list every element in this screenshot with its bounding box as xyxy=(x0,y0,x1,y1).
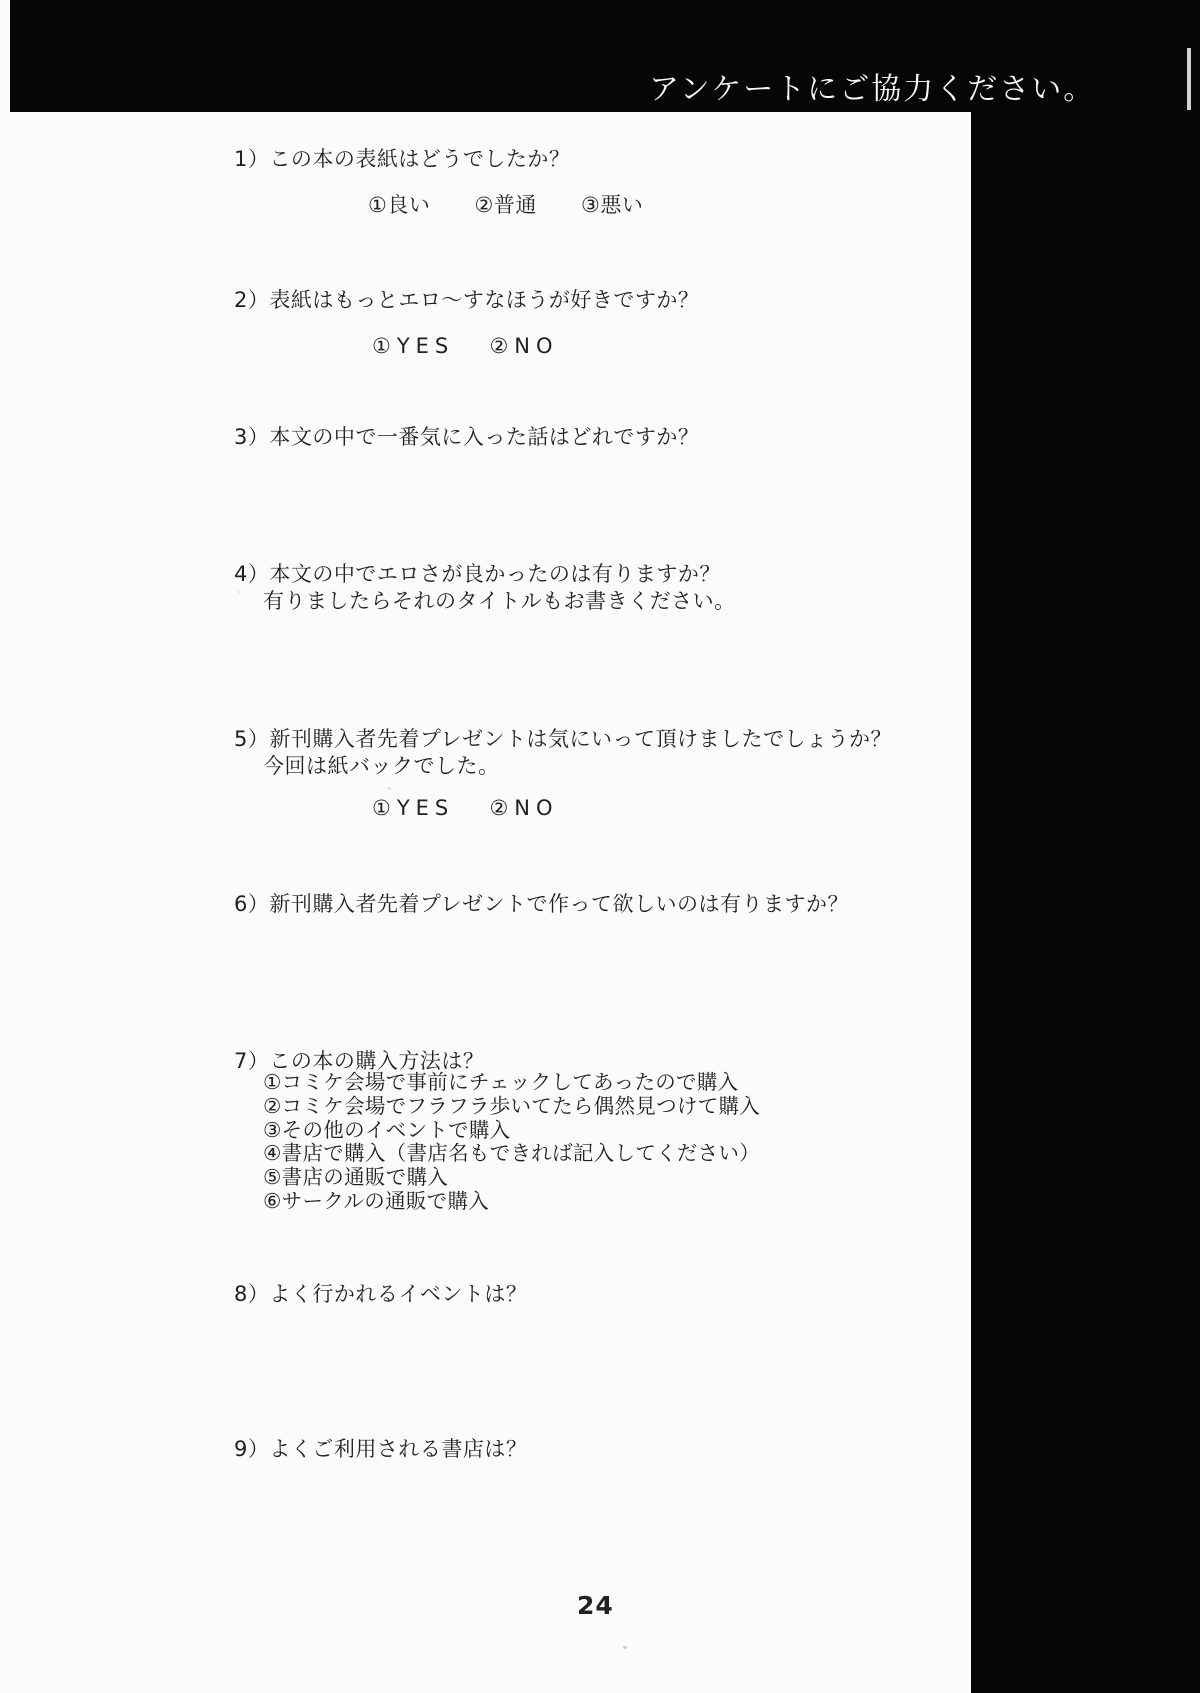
question-6-text: 6）新刊購入者先着プレゼントで作って欲しいのは有りますか？ xyxy=(234,891,849,918)
question-1-option-1: ①良い xyxy=(368,193,430,217)
question-7-option-1: ①コミケ会場で事前にチェックしてあったので購入 xyxy=(263,1071,760,1095)
question-7-option-3: ③その他のイベントで購入 xyxy=(263,1119,760,1143)
question-7-option-2: ②コミケ会場でフラフラ歩いてたら偶然見つけて購入 xyxy=(263,1095,760,1119)
question-2-option-2: ②NO xyxy=(489,334,558,358)
survey-header-title: アンケートにご協力ください。 xyxy=(649,64,1095,108)
question-8-text: 8）よく行かれるイベントは？ xyxy=(234,1281,527,1308)
page-number: 24 xyxy=(577,1591,614,1620)
right-black-band xyxy=(971,0,1200,1693)
question-1-text: 1）この本の表紙はどうでしたか？ xyxy=(234,146,570,173)
question-1-option-2: ②普通 xyxy=(475,193,537,217)
question-5-options: ①YES ②NO xyxy=(372,796,587,820)
question-7-option-4: ④書店で購入（書店名もできれば記入してください） xyxy=(263,1142,760,1166)
question-5-subtext: 今回は紙バックでした。 xyxy=(234,753,892,780)
question-5-text: 5）新刊購入者先着プレゼントは気にいって頂けましたでしょうか？ xyxy=(234,726,892,753)
question-2-options: ①YES ②NO xyxy=(372,334,587,358)
question-4-subtext: 有りましたらそれのタイトルもお書きください。 xyxy=(234,588,736,615)
question-7-option-6: ⑥サークルの通販で購入 xyxy=(263,1190,760,1214)
question-9-text: 9）よくご利用される書店は？ xyxy=(234,1436,527,1463)
question-2-option-1: ①YES xyxy=(372,334,454,358)
question-5-option-1: ①YES xyxy=(372,796,454,820)
question-5-option-2: ②NO xyxy=(489,796,558,820)
question-1-option-3: ③悪い xyxy=(581,193,643,217)
question-1-options: ①良い ②普通 ③悪い xyxy=(368,189,680,219)
question-3-text: 3）本文の中で一番気に入った話はどれですか？ xyxy=(234,424,699,451)
question-2-text: 2）表紙はもっとエロ～すなほうが好きですか？ xyxy=(234,287,699,314)
question-7-options: ①コミケ会場で事前にチェックしてあったので購入 ②コミケ会場でフラフラ歩いてたら… xyxy=(263,1071,760,1214)
scan-speck xyxy=(623,1646,627,1649)
scan-edge-artifact xyxy=(1187,48,1191,110)
question-5: 5）新刊購入者先着プレゼントは気にいって頂けましたでしょうか？ 今回は紙バックで… xyxy=(234,726,892,780)
question-4-text: 4）本文の中でエロさが良かったのは有りますか？ xyxy=(234,561,736,588)
scan-speck xyxy=(238,591,241,593)
scan-speck xyxy=(388,787,391,790)
question-7-option-5: ⑤書店の通販で購入 xyxy=(263,1166,760,1190)
scanned-survey-page: アンケートにご協力ください。 1）この本の表紙はどうでしたか？ ①良い ②普通 … xyxy=(0,0,1200,1693)
question-4: 4）本文の中でエロさが良かったのは有りますか？ 有りましたらそれのタイトルもお書… xyxy=(234,561,736,615)
